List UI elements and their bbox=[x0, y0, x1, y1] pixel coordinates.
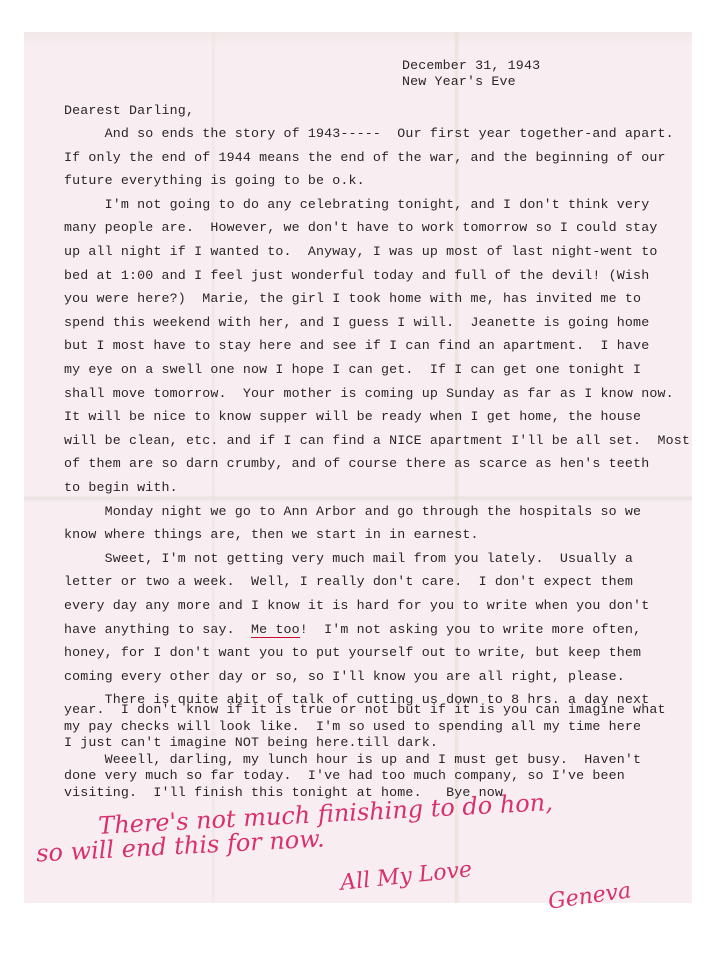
body-line: know where things are, then we start in … bbox=[64, 527, 479, 542]
body-line: Weeell, darling, my lunch hour is up and… bbox=[64, 752, 641, 767]
letter-date: December 31, 1943 bbox=[402, 58, 540, 73]
body-line: up all night if I wanted to. Anyway, I w… bbox=[64, 244, 657, 259]
body-line: honey, for I don't want you to put yours… bbox=[64, 645, 641, 660]
body-line: bed at 1:00 and I feel just wonderful to… bbox=[64, 268, 649, 283]
body-line: And so ends the story of 1943----- Our f… bbox=[64, 126, 674, 141]
body-line: every day any more and I know it is hard… bbox=[64, 598, 649, 613]
letter-occasion: New Year's Eve bbox=[402, 74, 516, 89]
body-line: my pay checks will look like. I'm so use… bbox=[64, 719, 641, 734]
body-line: shall move tomorrow. Your mother is comi… bbox=[64, 386, 674, 401]
body-line: done very much so far today. I've had to… bbox=[64, 768, 625, 783]
body-line: year. I don't know if it is true or not … bbox=[64, 702, 666, 717]
body-line: my eye on a swell one now I hope I can g… bbox=[64, 362, 641, 377]
body-line: will be clean, etc. and if I can find a … bbox=[64, 433, 690, 448]
body-line: letter or two a week. Well, I really don… bbox=[64, 574, 633, 589]
body-line: coming every other day or so, so I'll kn… bbox=[64, 669, 625, 684]
body-line: but I most have to stay here and see if … bbox=[64, 338, 649, 353]
body-line: I just can't imagine NOT being here.till… bbox=[64, 735, 438, 750]
body-line: to begin with. bbox=[64, 480, 178, 495]
body-line: Monday night we go to Ann Arbor and go t… bbox=[64, 504, 641, 519]
body-line: Sweet, I'm not getting very much mail fr… bbox=[64, 551, 633, 566]
body-line: you were here?) Marie, the girl I took h… bbox=[64, 291, 641, 306]
body-line: spend this weekend with her, and I guess… bbox=[64, 315, 649, 330]
body-line: I'm not going to do any celebrating toni… bbox=[64, 197, 649, 212]
body-line: If only the end of 1944 means the end of… bbox=[64, 150, 666, 165]
body-line: future everything is going to be o.k. bbox=[64, 173, 365, 188]
body-line: of them are so darn crumby, and of cours… bbox=[64, 456, 649, 471]
letter-salutation: Dearest Darling, bbox=[64, 103, 194, 118]
underlined-emphasis: Me too bbox=[251, 622, 300, 638]
body-line: many people are. However, we don't have … bbox=[64, 220, 657, 235]
body-line: have anything to say. Me too! I'm not as… bbox=[64, 622, 641, 637]
body-line: It will be nice to know supper will be r… bbox=[64, 409, 641, 424]
